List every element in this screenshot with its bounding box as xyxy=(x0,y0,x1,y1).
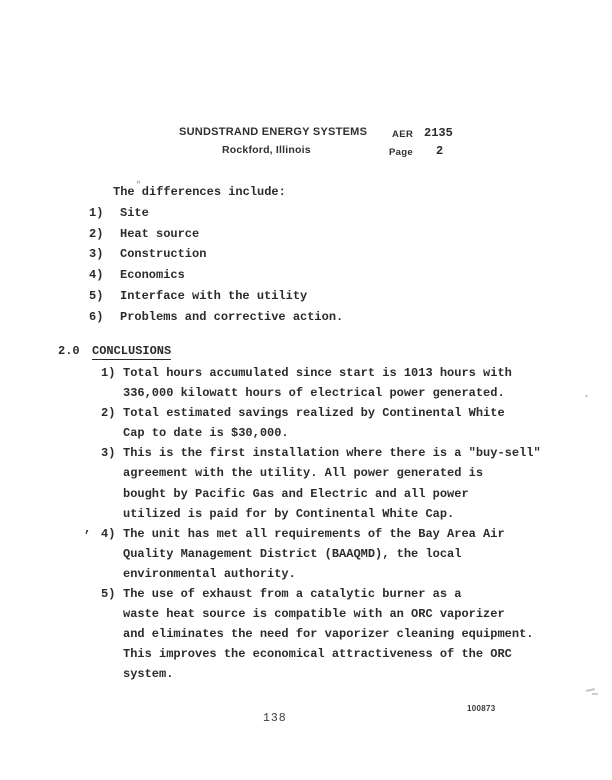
scan-artifact-speck xyxy=(586,688,595,692)
list-item: 2) Heat source xyxy=(89,224,343,245)
list-item-number: 1) xyxy=(89,203,120,224)
text-line: system. xyxy=(123,664,533,684)
document-stamp: 100873 xyxy=(467,704,496,713)
text-line: This improves the economical attractiven… xyxy=(123,644,533,664)
list-item-number: 4) xyxy=(89,265,120,286)
page-number-footer: 138 xyxy=(263,712,287,725)
company-name: SUNDSTRAND ENERGY SYSTEMS xyxy=(179,126,367,138)
conclusion-item: 5) The use of exhaust from a catalytic b… xyxy=(101,584,541,684)
conclusion-item-body: This is the first installation where the… xyxy=(123,443,541,523)
list-item-number: 2) xyxy=(101,403,123,443)
list-item: 1) Site xyxy=(89,203,343,224)
list-item-number: 4) xyxy=(101,524,123,584)
page-label: Page xyxy=(389,147,413,158)
text-line: 336,000 kilowatt hours of electrical pow… xyxy=(123,383,512,403)
list-item-number: 1) xyxy=(101,363,123,403)
text-line: Cap to date is $30,000. xyxy=(123,423,505,443)
list-item-text: Site xyxy=(120,203,149,224)
list-item-text: Construction xyxy=(120,244,206,265)
text-line: bought by Pacific Gas and Electric and a… xyxy=(123,484,541,504)
conclusion-item: 3) This is the first installation where … xyxy=(101,443,541,523)
text-line: environmental authority. xyxy=(123,564,505,584)
conclusion-item-body: Total estimated savings realized by Cont… xyxy=(123,403,505,443)
list-item-number: 5) xyxy=(89,286,120,307)
list-item-number: 6) xyxy=(89,307,120,328)
list-item: 5) Interface with the utility xyxy=(89,286,343,307)
section-number: 2.0 xyxy=(58,344,92,358)
list-item-text: Economics xyxy=(120,265,185,286)
text-line: waste heat source is compatible with an … xyxy=(123,604,533,624)
list-item-text: Problems and corrective action. xyxy=(120,307,343,328)
scan-artifact-smudge: ʺ xyxy=(136,181,141,190)
conclusion-item-body: The unit has met all requirements of the… xyxy=(123,524,505,584)
text-line: This is the first installation where the… xyxy=(123,443,541,463)
text-line: Total estimated savings realized by Cont… xyxy=(123,403,505,423)
scan-artifact-speck xyxy=(585,395,588,397)
page-number-header: 2 xyxy=(436,144,443,158)
text-line: The use of exhaust from a catalytic burn… xyxy=(123,584,533,604)
differences-list: The differences include: 1) Site 2) Heat… xyxy=(89,182,343,327)
list-item-number: 3) xyxy=(101,443,123,523)
list-item: 3) Construction xyxy=(89,244,343,265)
list-item: 6) Problems and corrective action. xyxy=(89,307,343,328)
list-item-number: 5) xyxy=(101,584,123,684)
list-item: 4) Economics xyxy=(89,265,343,286)
doc-ref-label: AER xyxy=(392,129,413,140)
text-line: and eliminates the need for vaporizer cl… xyxy=(123,624,533,644)
scan-artifact-comma: , xyxy=(84,522,91,536)
document-page: SUNDSTRAND ENERGY SYSTEMS Rockford, Illi… xyxy=(0,0,612,780)
company-location: Rockford, Illinois xyxy=(222,144,311,156)
list-item-number: 3) xyxy=(89,244,120,265)
list-item-text: Heat source xyxy=(120,224,199,245)
conclusion-item-body: The use of exhaust from a catalytic burn… xyxy=(123,584,533,684)
text-line: utilized is paid for by Continental Whit… xyxy=(123,504,541,524)
list-item-text: Interface with the utility xyxy=(120,286,307,307)
list-item-number: 2) xyxy=(89,224,120,245)
conclusion-item: 1) Total hours accumulated since start i… xyxy=(101,363,541,403)
doc-ref-number: 2135 xyxy=(424,126,453,140)
conclusions-list: 1) Total hours accumulated since start i… xyxy=(101,363,541,685)
conclusion-item-body: Total hours accumulated since start is 1… xyxy=(123,363,512,403)
text-line: The unit has met all requirements of the… xyxy=(123,524,505,544)
differences-lead: The differences include: xyxy=(113,182,343,203)
section-heading: 2.0CONCLUSIONS xyxy=(58,344,171,360)
text-line: Total hours accumulated since start is 1… xyxy=(123,363,512,383)
section-title: CONCLUSIONS xyxy=(92,344,171,360)
conclusion-item: 4) The unit has met all requirements of … xyxy=(101,524,541,584)
text-line: agreement with the utility. All power ge… xyxy=(123,463,541,483)
conclusion-item: 2) Total estimated savings realized by C… xyxy=(101,403,541,443)
scan-artifact-speck xyxy=(592,693,598,695)
text-line: Quality Management District (BAAQMD), th… xyxy=(123,544,505,564)
